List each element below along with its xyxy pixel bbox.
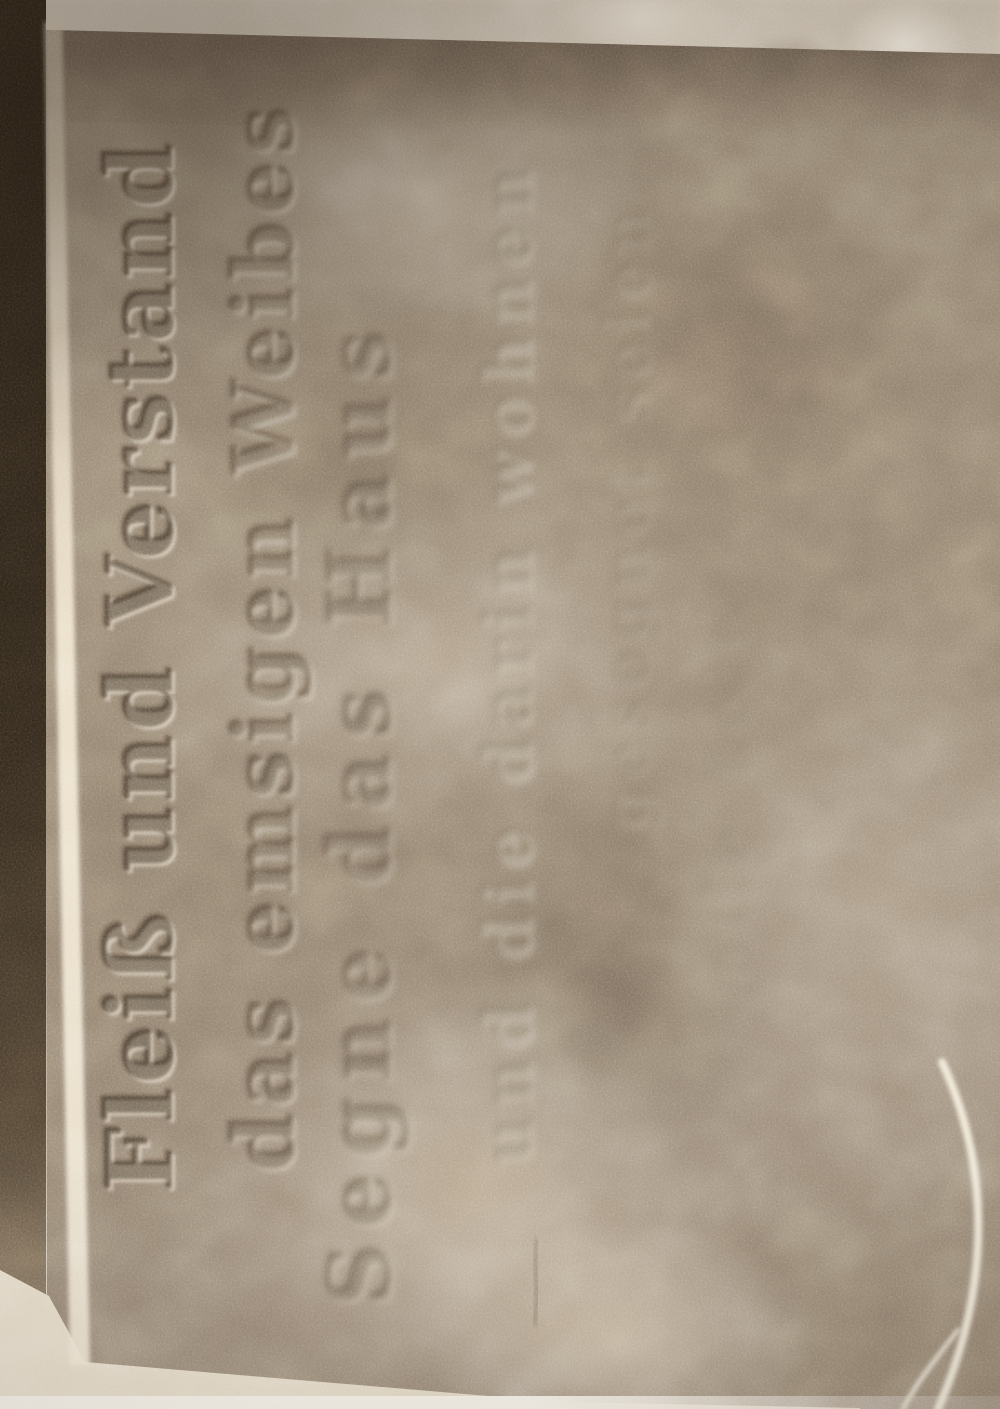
photo-frame: Fleiß und Verstand das emsigen Weibes Se…: [0, 0, 1000, 1409]
grain-overlay: [0, 0, 1000, 1409]
